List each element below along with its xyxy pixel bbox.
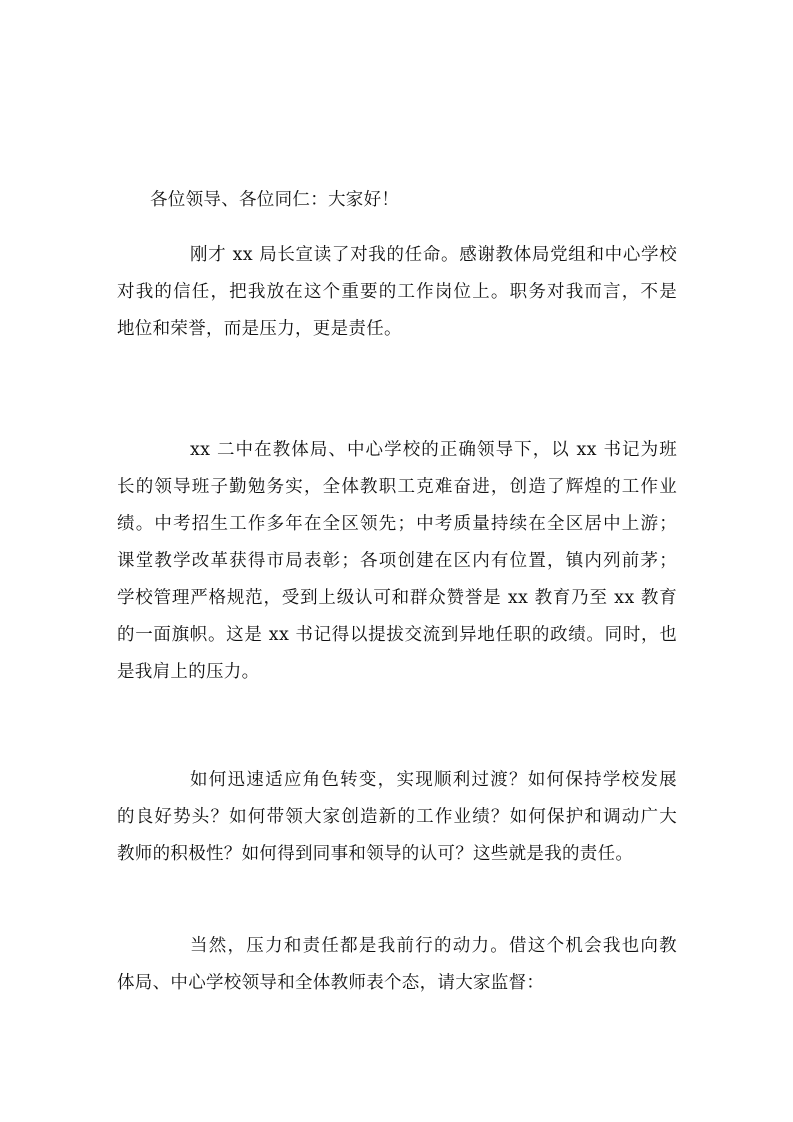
paragraph-line: 是我肩上的压力。	[117, 660, 677, 684]
paragraph-line: 如何迅速适应角色转变，实现顺利过渡？如何保持学校发展	[190, 768, 677, 792]
paragraph-line: 的一面旗帜。这是 xx 书记得以提拔交流到异地任职的政绩。同时，也	[117, 623, 677, 647]
paragraph-line: 刚才 xx 局长宣读了对我的任命。感谢教体局党组和中心学校	[190, 243, 677, 267]
paragraph-line: 当然，压力和责任都是我前行的动力。借这个机会我也向教	[190, 934, 677, 958]
paragraph-line: 课堂教学改革获得市局表彰；各项创建在区内有位置，镇内列前茅；	[117, 549, 677, 573]
paragraph-line: 地位和荣誉，而是压力，更是责任。	[117, 317, 677, 341]
paragraph-line: 长的领导班子勤勉务实，全体教职工克难奋进，创造了辉煌的工作业	[117, 475, 677, 499]
paragraph-line: xx 二中在教体局、中心学校的正确领导下，以 xx 书记为班	[190, 438, 677, 462]
document-page: 各位领导、各位同仁：大家好！ 刚才 xx 局长宣读了对我的任命。感谢教体局党组和…	[0, 0, 793, 1122]
paragraph-line: 教师的积极性？如何得到同事和领导的认可？这些就是我的责任。	[117, 842, 677, 866]
paragraph-line: 体局、中心学校领导和全体教师表个态，请大家监督：	[117, 971, 677, 995]
paragraph-line: 的良好势头？如何带领大家创造新的工作业绩？如何保护和调动广大	[117, 805, 677, 829]
paragraph-line: 学校管理严格规范，受到上级认可和群众赞誉是 xx 教育乃至 xx 教育	[117, 586, 677, 610]
greeting: 各位领导、各位同仁：大家好！	[150, 188, 399, 212]
paragraph-line: 对我的信任，把我放在这个重要的工作岗位上。职务对我而言，不是	[117, 280, 677, 304]
paragraph-line: 绩。中考招生工作多年在全区领先；中考质量持续在全区居中上游；	[117, 512, 677, 536]
